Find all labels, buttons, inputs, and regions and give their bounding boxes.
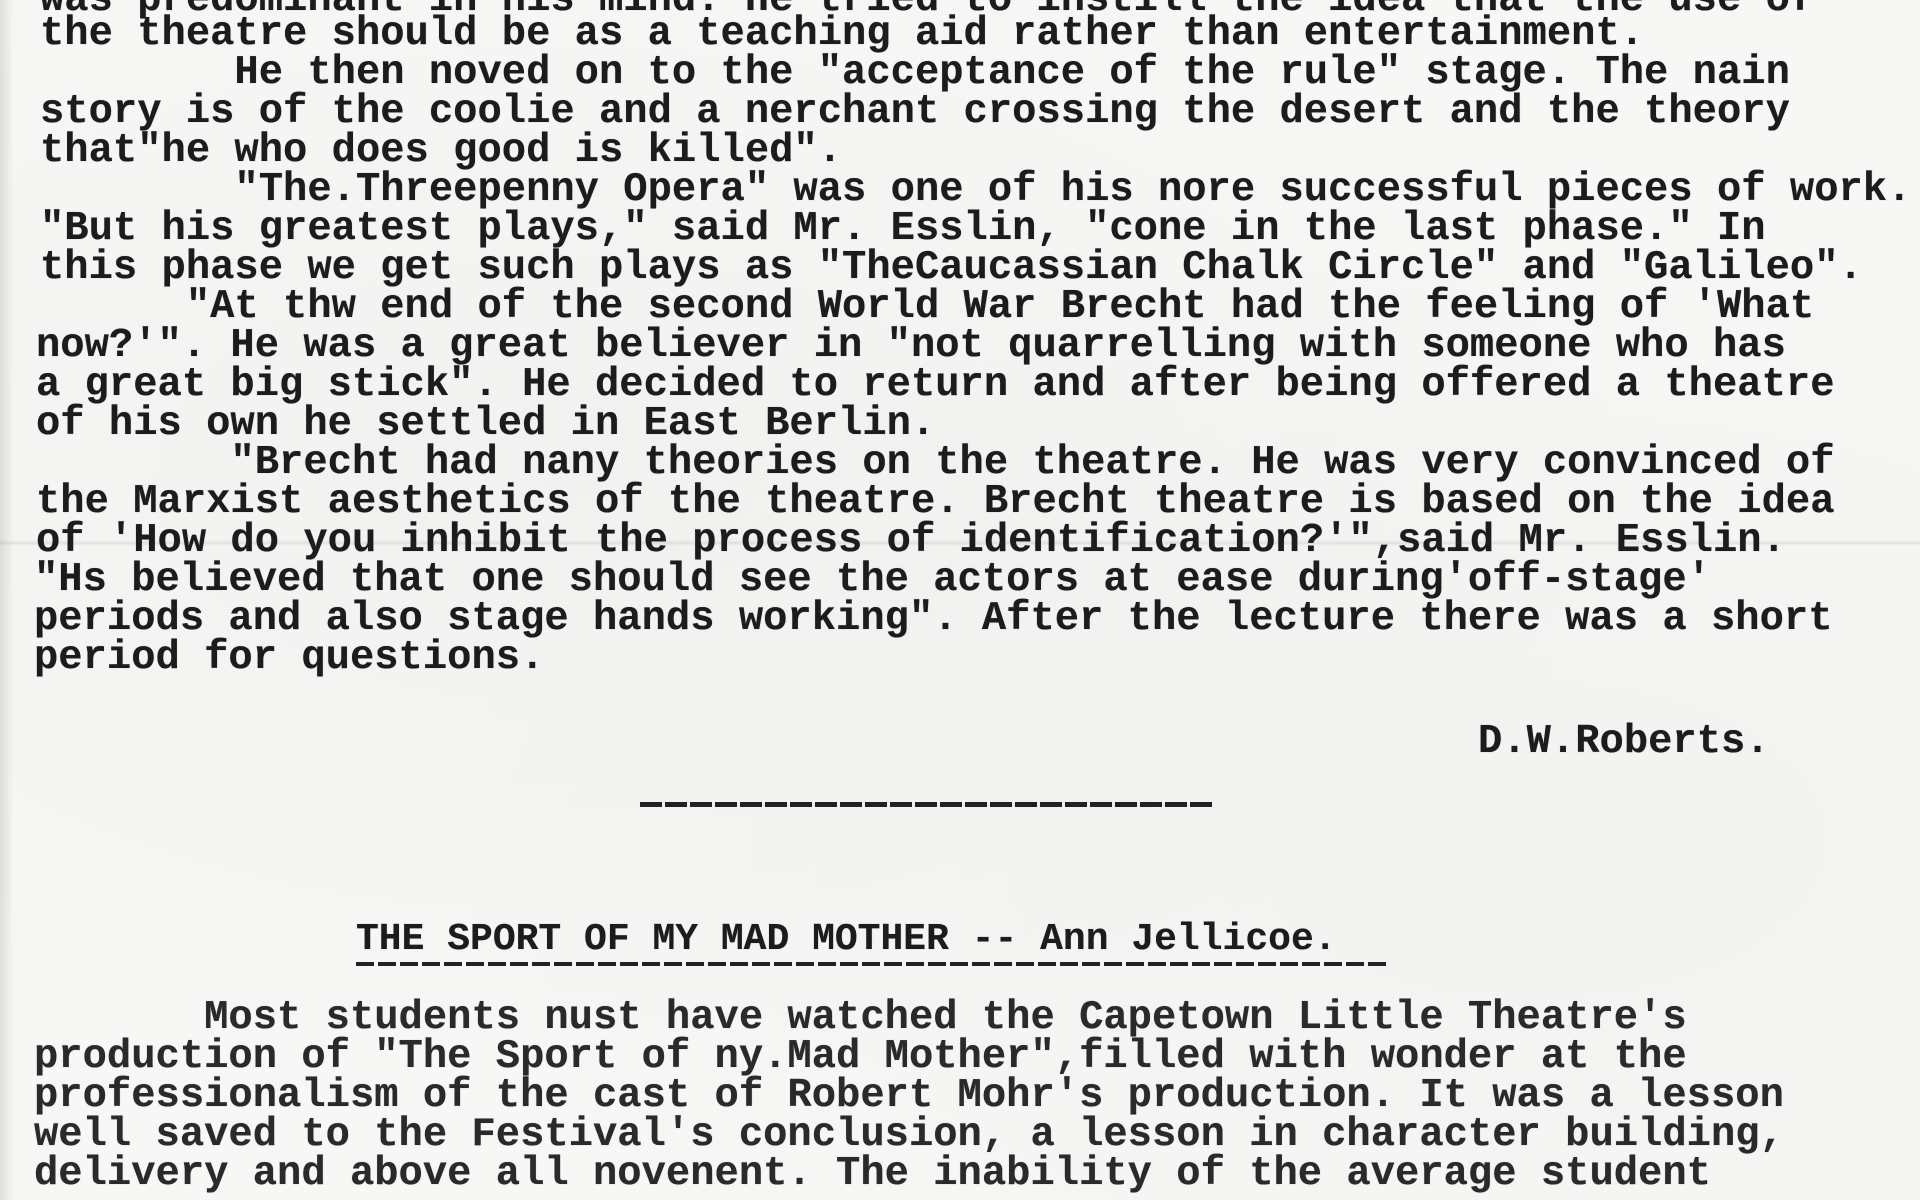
section-separator	[640, 802, 1214, 807]
scanned-page: was predominant in his mind. He tried to…	[0, 0, 1920, 1200]
text-line: delivery and above all novenent. The ina…	[34, 1152, 1711, 1196]
text-line: period for questions.	[34, 636, 544, 680]
heading-underline	[356, 962, 1386, 966]
article-heading: THE SPORT OF MY MAD MOTHER -- Ann Jellic…	[356, 918, 1337, 962]
author-signature: D.W.Roberts.	[1478, 720, 1770, 764]
page-edge-shadow	[0, 0, 14, 1200]
